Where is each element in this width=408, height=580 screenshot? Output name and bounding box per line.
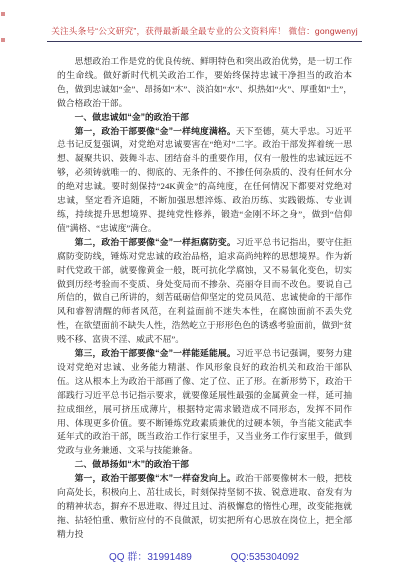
document-paragraph: 第一，政治干部要像“金”一样纯度满格。天下至德，莫大乎忠。习近平总书记反复强调，…	[57, 125, 352, 236]
edge-artifact-mark	[1, 12, 5, 16]
paragraph-text: 习近平总书记指出，要守住拒腐防变防线，锤炼对党忠诚的政治品格，追求高尚纯粹的思想…	[57, 237, 352, 344]
document-paragraph: 第三，政治干部要像“金”一样能延能展。习近平总书记强调，要努力建设对党绝对忠诚、…	[57, 347, 352, 458]
paragraph-text: 思想政治工作是党的优良传统、鲜明特色和突出政治优势，是一切工作的生命线。做好新时…	[57, 56, 352, 108]
paragraph-text: 习近平总书记强调，要努力建设对党绝对忠诚、业务能力精湛、作风形象良好的政治机关和…	[57, 348, 352, 455]
edge-artifact-mark	[1, 38, 5, 42]
footer-contacts: QQ 群：31991489 QQ:535304092	[0, 548, 408, 563]
document-page: 关注头条号“公文研究”，获得最新最全最专业的公文资料库！ 微信：gongweny…	[0, 0, 408, 580]
paragraph-lead: 第三，政治干部要像“金”一样能延能展。	[75, 348, 236, 358]
qq-group-number: 31991489	[147, 552, 192, 563]
document-body: 思想政治工作是党的优良传统、鲜明特色和突出政治优势，是一切工作的生命线。做好新时…	[57, 55, 352, 542]
paragraph-text: 天下至德，莫大乎忠。习近平总书记反复强调，对党绝对忠诚要害在“绝对”二字。政治干…	[57, 126, 352, 233]
qq-group-contact: QQ 群：31991489	[109, 552, 192, 563]
header-promo-banner: 关注头条号“公文研究”，获得最新最全最专业的公文资料库！ 微信：gongweny…	[47, 25, 362, 42]
document-paragraph: 第一，政治干部要像“木”一样奋发向上。政治干部要像树木一般，把枝向高处长，积极向…	[57, 472, 352, 542]
qq-group-label: QQ 群：	[109, 552, 147, 563]
section-heading: 二、做昂扬如“木”的政治干部	[57, 458, 352, 472]
qq-number: 535304092	[249, 552, 299, 563]
qq-contact: QQ:535304092	[231, 552, 299, 563]
paragraph-lead: 第一，政治干部要像“金”一样纯度满格。	[75, 126, 236, 136]
document-paragraph: 第二，政治干部要像“金”一样拒腐防变。习近平总书记指出，要守住拒腐防变防线，锤炼…	[57, 236, 352, 347]
paragraph-lead: 第二，政治干部要像“金”一样拒腐防变。	[75, 237, 236, 247]
paragraph-lead: 第一，政治干部要像“木”一样奋发向上。	[75, 473, 236, 483]
document-paragraph: 思想政治工作是党的优良传统、鲜明特色和突出政治优势，是一切工作的生命线。做好新时…	[57, 55, 352, 111]
qq-label: QQ:	[231, 552, 249, 563]
section-heading: 一、做忠诚如“金”的政治干部	[57, 111, 352, 125]
